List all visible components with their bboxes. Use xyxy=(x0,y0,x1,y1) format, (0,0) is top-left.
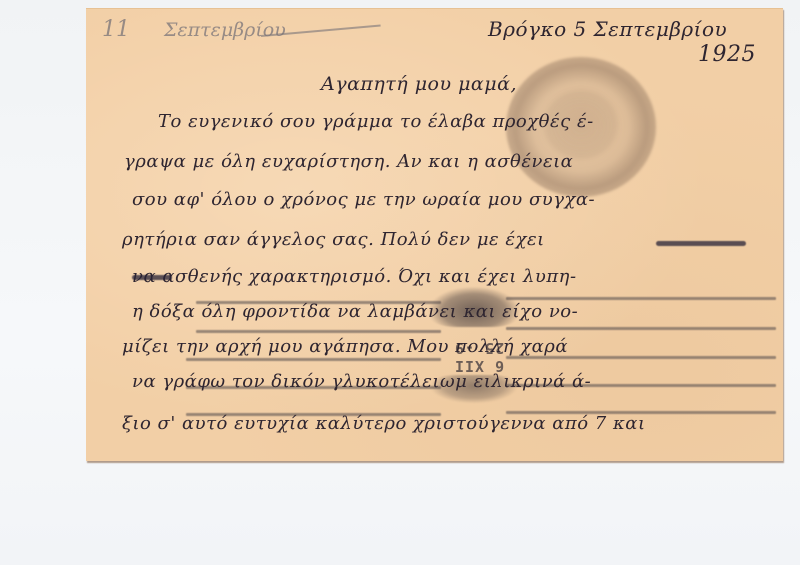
body-line: η δόξα όλη φροντίδα να λαμβάνει και είχο… xyxy=(132,301,578,322)
ink-strikethrough xyxy=(656,241,746,246)
pencil-number: 11 xyxy=(102,17,130,42)
pencil-note: Σεπτεμβρίου xyxy=(164,19,286,41)
year: 1925 xyxy=(698,42,756,67)
body-line: μίζει την αρχή μου αγάπησα. Μου πολλή χα… xyxy=(122,336,568,357)
body-line: ρητήρια σαν άγγελος σας. Πολύ δεν με έχε… xyxy=(122,229,545,250)
body-line: σου αφ' όλου ο χρόνος με την ωραία μου σ… xyxy=(132,189,595,210)
body-line: ξιο σ' αυτό ευτυχία καλύτερο χριστούγενν… xyxy=(122,413,646,434)
ink-strikethrough xyxy=(132,275,172,280)
body-line: να γράφω τον δικόν γλυκοτέλειωμ ειλικριν… xyxy=(132,371,591,392)
body-line: γραψα με όλη ευχαρίστηση. Αν και η ασθέν… xyxy=(124,151,573,172)
place-date: Βρόγκο 5 Σεπτεμβρίου xyxy=(488,17,727,41)
body-line: Το ευγενικό σου γράμμα το έλαβα προχθές … xyxy=(158,111,594,132)
postcard: 6 XII 25 -9 11 Σεπτεμβρίου Βρόγκο 5 Σεπτ… xyxy=(86,8,783,461)
cancel-bar-right-2 xyxy=(506,327,776,330)
body-line: να ασθενής χαρακτηρισμό. Όχι και έχει λυ… xyxy=(132,266,577,287)
cancel-bar-left-2 xyxy=(196,330,441,333)
cancel-bar-left-3 xyxy=(186,358,441,361)
salutation: Αγαπητή μου μαμά, xyxy=(321,73,517,95)
cancel-bar-right-1 xyxy=(506,297,776,300)
